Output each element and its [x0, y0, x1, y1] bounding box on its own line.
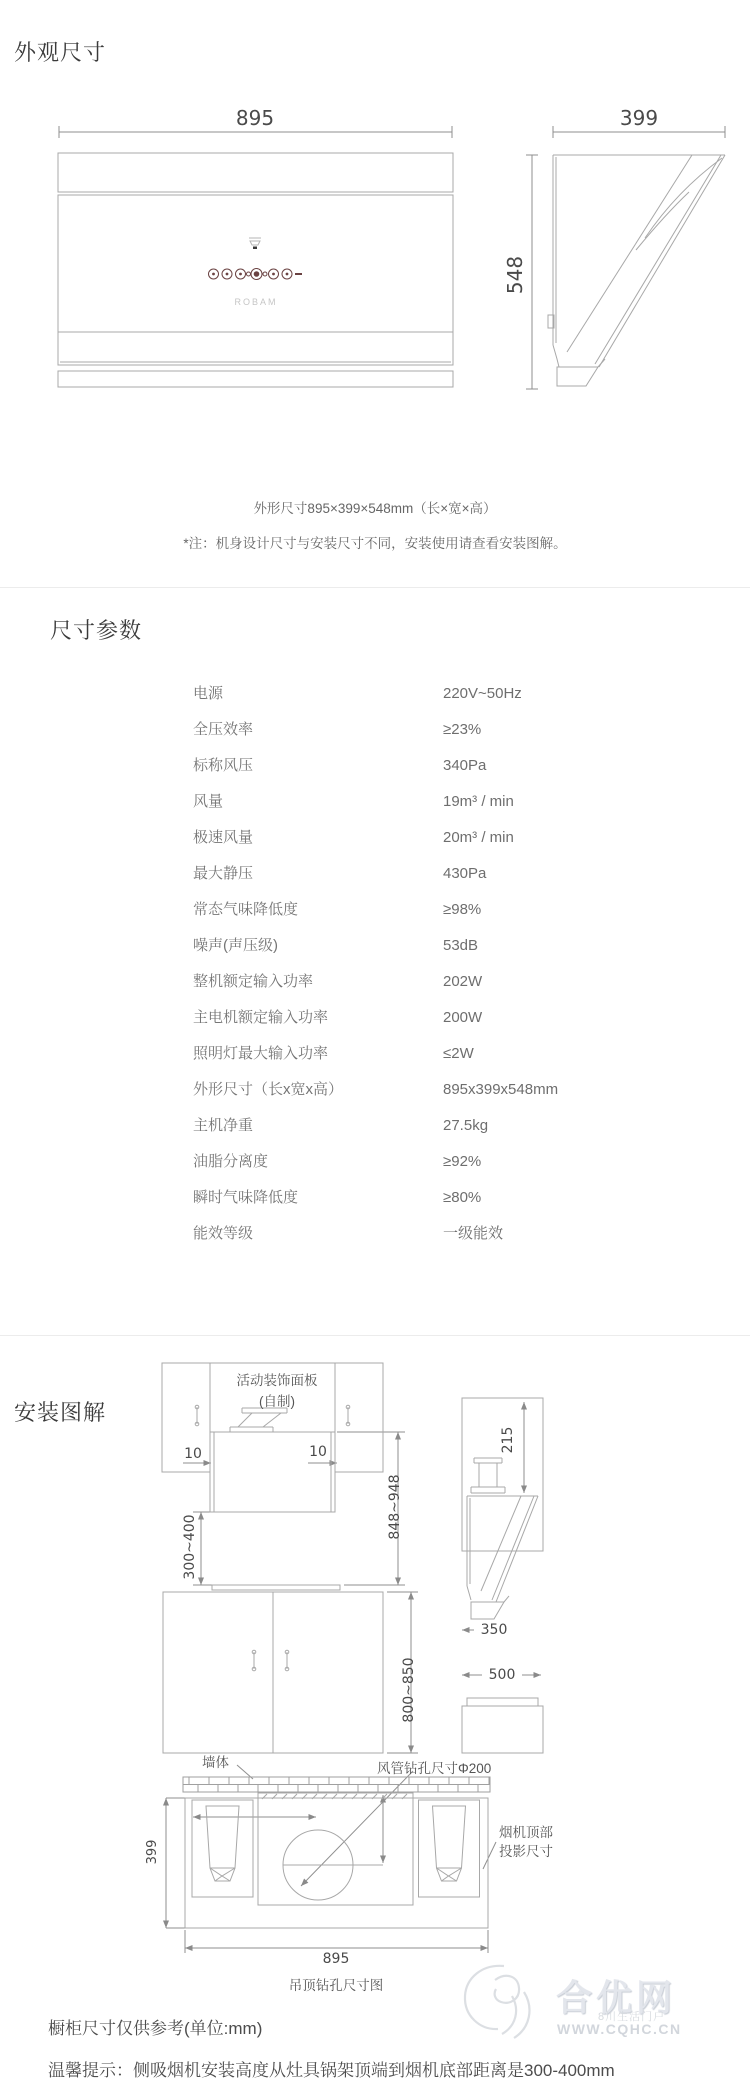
spec-label: 油脂分离度: [193, 1144, 443, 1180]
appearance-dim-lines: [59, 126, 725, 389]
spec-value: 19m³ / min: [443, 793, 514, 810]
spec-label: 能效等级: [193, 1216, 443, 1252]
install-height-dim: 848~948: [387, 1472, 407, 1542]
plan-caption: 吊顶钻孔尺寸图: [286, 1974, 386, 1994]
spec-table: 电源220V~50Hz 全压效率≥23% 标称风压340Pa 风量19m³ / …: [193, 676, 713, 1252]
wall-label: 墙体: [202, 1751, 229, 1771]
spec-label: 主机净重: [193, 1108, 443, 1144]
spec-row: 油脂分离度≥92%: [193, 1144, 713, 1180]
spec-value: 200W: [443, 1009, 482, 1026]
plan-width-dim: 895: [316, 1951, 356, 1967]
spec-value: 53dB: [443, 937, 478, 954]
spec-value: 一级能效: [443, 1225, 503, 1242]
spec-row: 风量19m³ / min: [193, 784, 713, 820]
spec-value: 20m³ / min: [443, 829, 514, 846]
spec-row: 全压效率≥23%: [193, 712, 713, 748]
spec-label: 照明灯最大输入功率: [193, 1036, 443, 1072]
flue-height-dim: 215: [500, 1423, 520, 1457]
side-view-drawing: [548, 155, 725, 386]
spec-value: 895x399x548mm: [443, 1081, 558, 1098]
spec-label: 瞬时气味降低度: [193, 1180, 443, 1216]
spec-label: 最大静压: [193, 856, 443, 892]
spec-row: 极速风量20m³ / min: [193, 820, 713, 856]
appearance-drawings: [0, 80, 750, 410]
spec-value: 340Pa: [443, 757, 486, 774]
spec-label: 极速风量: [193, 820, 443, 856]
plan-depth-dim: 399: [145, 1835, 163, 1869]
projection-label-line1: 烟机顶部: [499, 1821, 553, 1841]
spec-value: 202W: [443, 973, 482, 990]
spec-row: 噪声(声压级)53dB: [193, 928, 713, 964]
spec-row: 主机净重27.5kg: [193, 1108, 713, 1144]
spec-value: ≤2W: [443, 1045, 474, 1062]
appearance-caption: 外形尺寸895×399×548mm（长×宽×高）: [0, 497, 750, 517]
spec-row: 能效等级一级能效: [193, 1216, 713, 1252]
projection-label-line2: 投影尺寸: [499, 1840, 553, 1860]
brand-logo: ROBAM: [233, 297, 279, 307]
front-view-drawing: [58, 153, 453, 387]
duct-hole-label: 风管钻孔尺寸Φ200: [377, 1757, 491, 1777]
spec-row: 整机额定输入功率202W: [193, 964, 713, 1000]
spec-value: 430Pa: [443, 865, 486, 882]
control-buttons: [209, 269, 303, 280]
footer-note-reference: 橱柜尺寸仅供参考(单位:mm): [48, 2014, 262, 2039]
spec-label: 噪声(声压级): [193, 928, 443, 964]
spec-label: 主电机额定输入功率: [193, 1000, 443, 1036]
watermark-logo: [452, 1958, 562, 2043]
spec-value: ≥80%: [443, 1189, 481, 1206]
spec-row: 电源220V~50Hz: [193, 676, 713, 712]
clearance-dim: 300~400: [182, 1512, 202, 1582]
spec-row: 瞬时气味降低度≥80%: [193, 1180, 713, 1216]
gap-left-dim: 10: [181, 1446, 205, 1462]
section-title-specs: 尺寸参数: [50, 614, 142, 645]
spec-row: 最大静压430Pa: [193, 856, 713, 892]
panel-label-line2: (自制): [214, 1390, 340, 1410]
spec-value: ≥98%: [443, 901, 481, 918]
spec-row: 照明灯最大输入功率≤2W: [193, 1036, 713, 1072]
lamp-icon: [249, 238, 261, 249]
spec-label: 外形尺寸（长x宽x高）: [193, 1072, 443, 1108]
appearance-note: *注：机身设计尺寸与安装尺寸不同，安装使用请查看安装图解。: [0, 532, 750, 552]
base-cabinet-height-dim: 800~850: [401, 1655, 421, 1725]
spec-label: 标称风压: [193, 748, 443, 784]
spec-row: 标称风压340Pa: [193, 748, 713, 784]
hood-depth-dim: 350: [474, 1622, 514, 1638]
spec-value: ≥92%: [443, 1153, 481, 1170]
spec-label: 电源: [193, 676, 443, 712]
burner-right: [433, 1806, 466, 1881]
spec-value: 220V~50Hz: [443, 685, 522, 702]
spec-row: 外形尺寸（长x宽x高）895x399x548mm: [193, 1072, 713, 1108]
counter-depth-dim: 500: [482, 1667, 522, 1683]
footer-note-tip: 温馨提示：侧吸烟机安装高度从灶具锅架顶端到烟机底部距离是300-400mm: [48, 2056, 615, 2081]
spec-value: ≥23%: [443, 721, 481, 738]
watermark-url: WWW.CQHC.CN: [557, 2021, 682, 2037]
spec-label: 风量: [193, 784, 443, 820]
install-plan-view: [183, 1777, 490, 1928]
spec-label: 常态气味降低度: [193, 892, 443, 928]
spec-label: 全压效率: [193, 712, 443, 748]
spec-row: 常态气味降低度≥98%: [193, 892, 713, 928]
divider-1: [0, 587, 750, 588]
product-spec-page: 外观尺寸 895 399 548: [0, 0, 750, 2087]
spec-row: 主电机额定输入功率200W: [193, 1000, 713, 1036]
install-drawings: [0, 1330, 750, 2010]
section-title-appearance: 外观尺寸: [14, 36, 106, 67]
spec-label: 整机额定输入功率: [193, 964, 443, 1000]
panel-label-line1: 活动装饰面板: [214, 1369, 340, 1389]
spec-value: 27.5kg: [443, 1117, 488, 1134]
gap-right-dim: 10: [306, 1444, 330, 1460]
